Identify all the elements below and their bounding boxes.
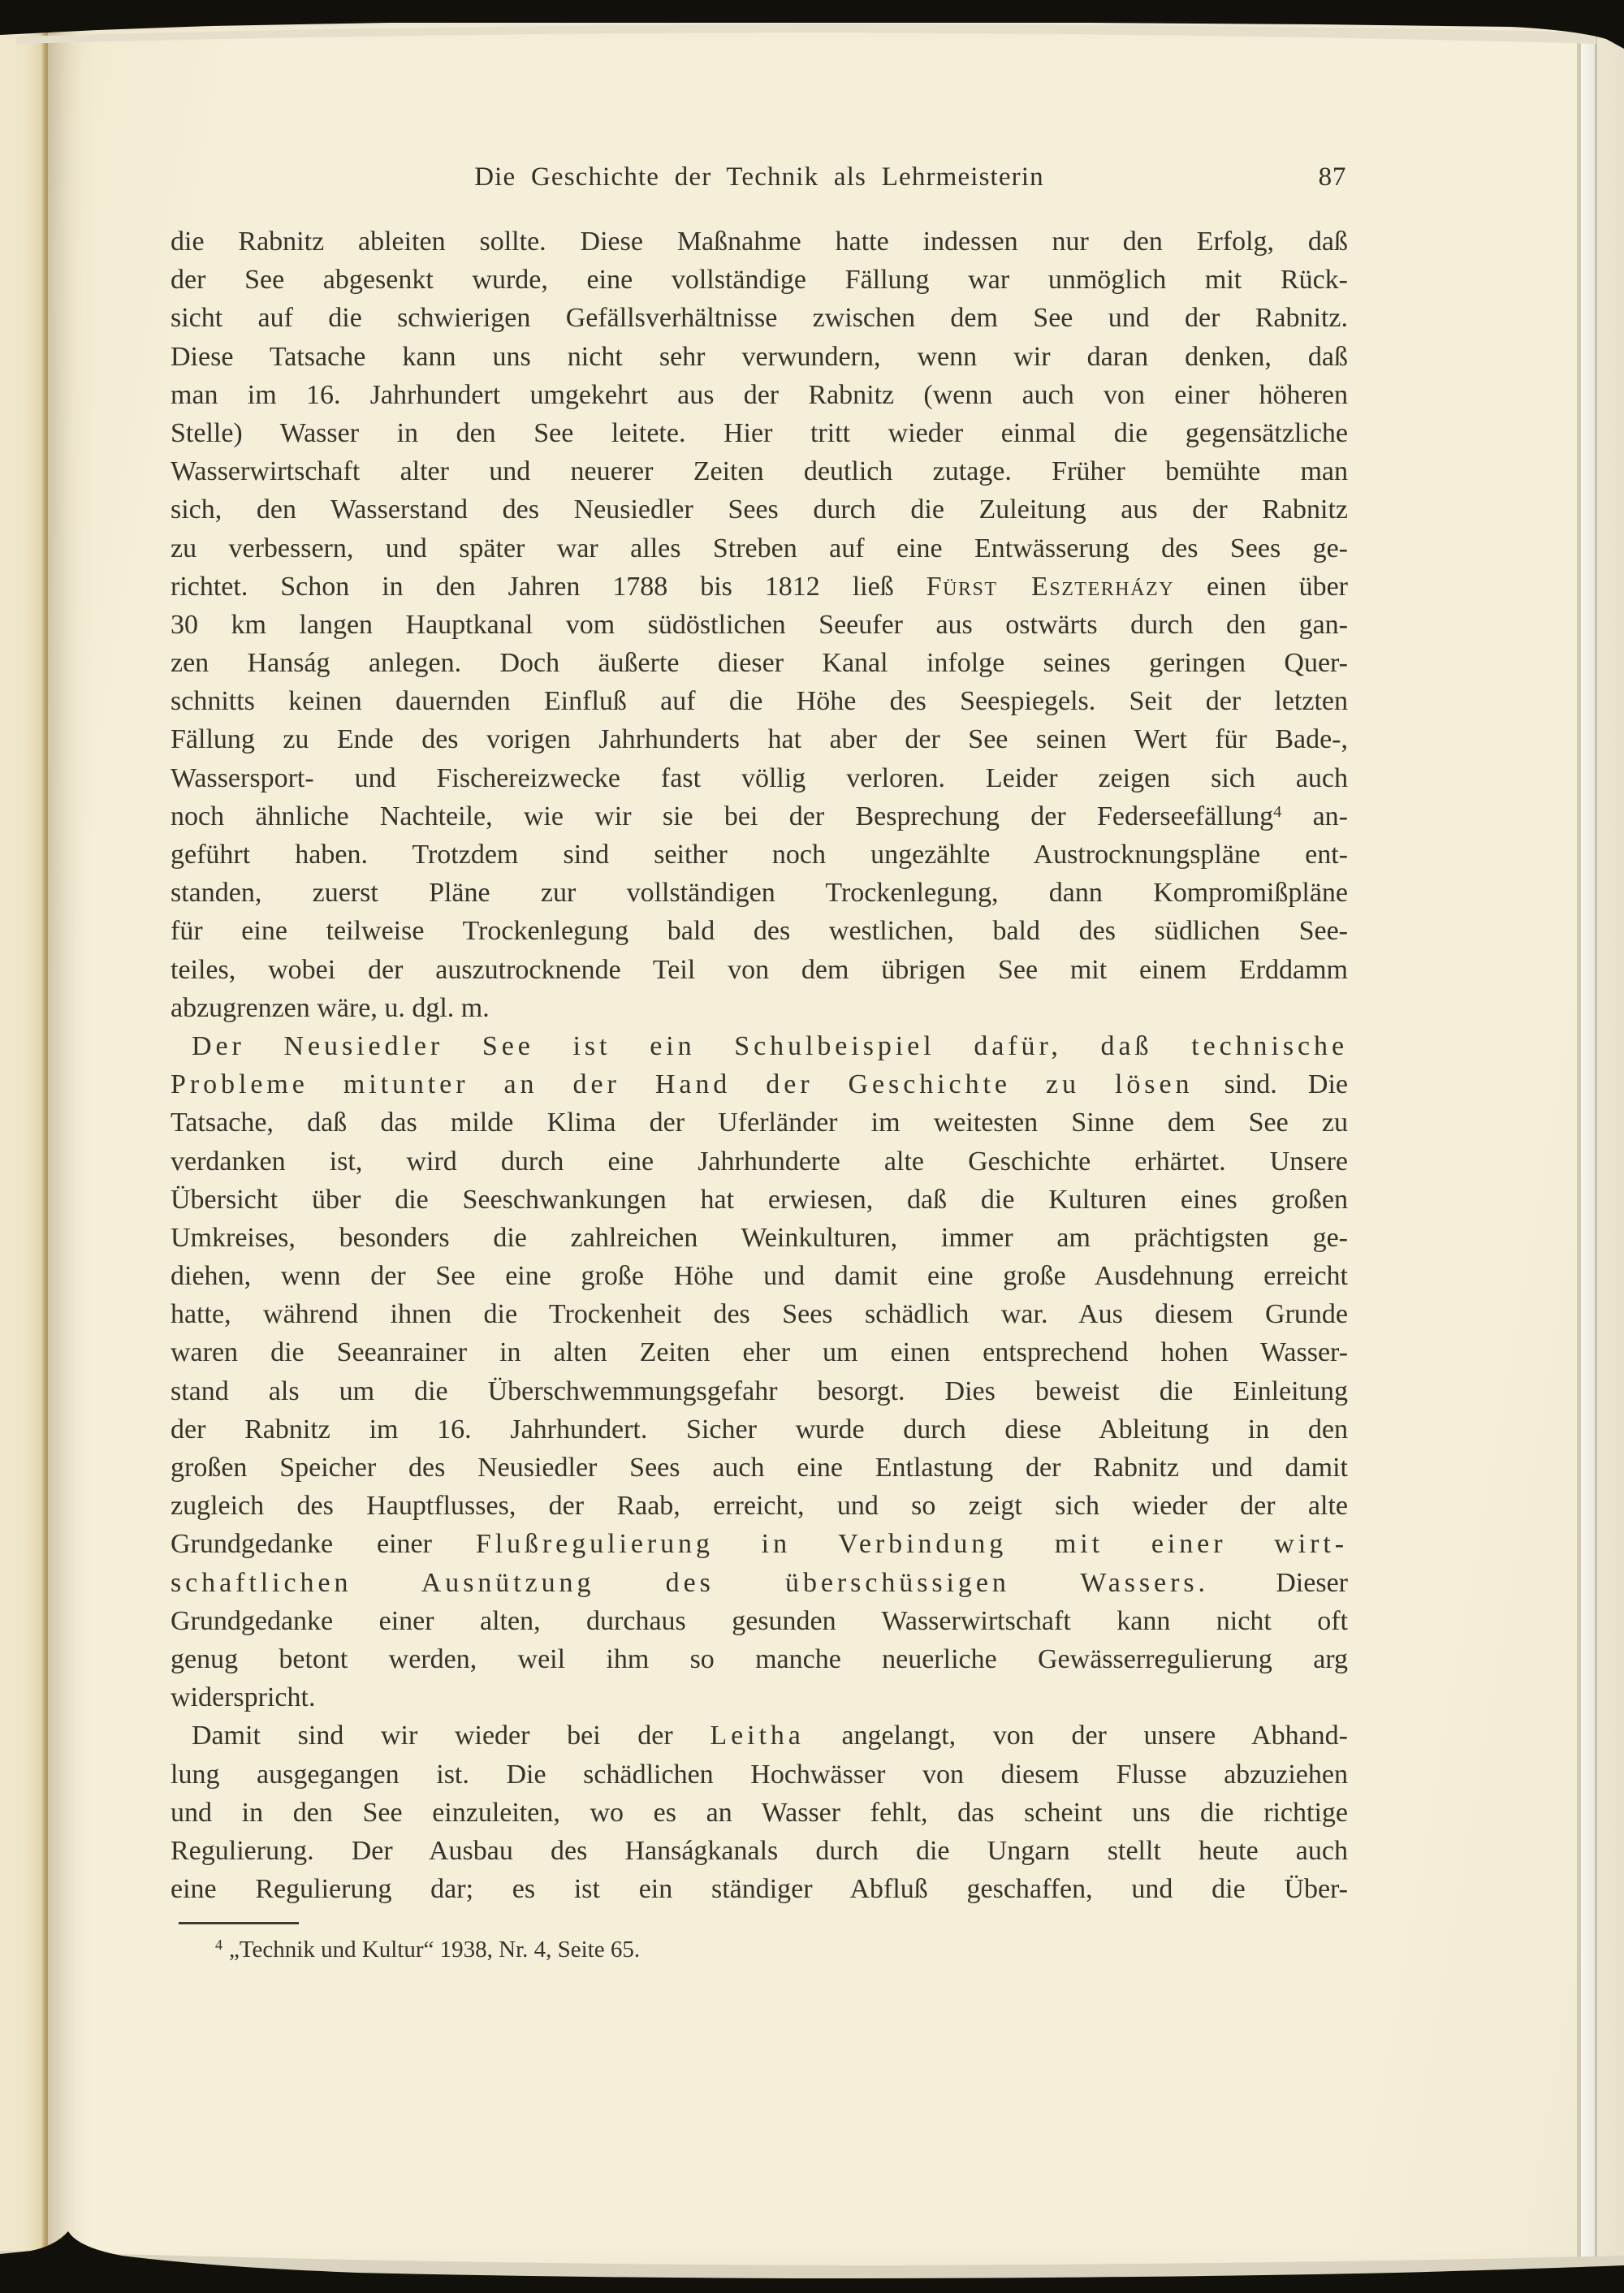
underlying-page-edge xyxy=(1597,32,1624,2264)
text-line: für eine teilweise Trockenlegung bald de… xyxy=(171,912,1348,950)
scanned-book-page: Die Geschichte der Technik als Lehrmeist… xyxy=(0,0,1624,2293)
text-segment: sich, den Wasserstand des Neusiedler See… xyxy=(171,494,1348,525)
text-segment: verdanken ist, wird durch eine Jahrhunde… xyxy=(171,1146,1348,1177)
text-segment: an- xyxy=(1281,801,1348,831)
text-segment: teiles, wobei der auszutrocknende Teil v… xyxy=(171,955,1348,985)
text-line: Der Neusiedler See ist ein Schulbeispiel… xyxy=(171,1027,1348,1065)
footnote: 4„Technik und Kultur“ 1938, Nr. 4, Seite… xyxy=(171,1932,1348,1967)
text-segment: schnitts keinen dauernden Einfluß auf di… xyxy=(171,686,1348,716)
text-line: zugleich des Hauptflusses, der Raab, err… xyxy=(171,1487,1348,1525)
text-line: schaftlichen Ausnützung des überschüssig… xyxy=(171,1564,1348,1602)
text-line: geführt haben. Trotzdem sind seither noc… xyxy=(171,836,1348,874)
text-segment: Umkreises, besonders die zahlreichen Wei… xyxy=(171,1223,1348,1253)
text-segment: Wasserwirtschaft alter und neuerer Zeite… xyxy=(171,456,1348,486)
text-segment: man im 16. Jahrhundert umgekehrt aus der… xyxy=(171,380,1348,410)
text-line: zu verbessern, und später war alles Stre… xyxy=(171,529,1348,568)
page-edge-highlight xyxy=(1581,29,1595,2264)
text-line: genug betont werden, weil ihm so manche … xyxy=(171,1640,1348,1678)
text-segment: der See abgesenkt wurde, eine vollständi… xyxy=(171,265,1348,295)
running-head: Die Geschichte der Technik als Lehrmeist… xyxy=(171,159,1348,195)
text-line: verdanken ist, wird durch eine Jahrhunde… xyxy=(171,1142,1348,1181)
text-line: abzugrenzen wäre, u. dgl. m. xyxy=(171,989,1348,1027)
text-line: zen Hanság anlegen. Doch äußerte dieser … xyxy=(171,644,1348,682)
text-line: Übersicht über die Seeschwankungen hat e… xyxy=(171,1181,1348,1219)
text-line: Grundgedanke einer Flußregulierung in Ve… xyxy=(171,1525,1348,1563)
text-segment: Damit sind wir wieder bei der xyxy=(192,1721,710,1751)
text-segment: Grundgedanke einer alten, durchaus gesun… xyxy=(171,1606,1348,1636)
text-segment: waren die Seeanrainer in alten Zeiten eh… xyxy=(171,1337,1348,1367)
text-segment: standen, zuerst Pläne zur vollständigen … xyxy=(171,878,1348,908)
text-segment: Übersicht über die Seeschwankungen hat e… xyxy=(171,1185,1348,1215)
text-segment: einen über xyxy=(1174,572,1348,602)
text-line: die Rabnitz ableiten sollte. Diese Maßna… xyxy=(171,222,1348,261)
text-line: teiles, wobei der auszutrocknende Teil v… xyxy=(171,951,1348,989)
text-line: diehen, wenn der See eine große Höhe und… xyxy=(171,1257,1348,1295)
text-segment: Stelle) Wasser in den See leitete. Hier … xyxy=(171,418,1348,448)
text-segment: Regulierung. Der Ausbau des Hanságkanals… xyxy=(171,1836,1348,1866)
text-segment: noch ähnliche Nachteile, wie wir sie bei… xyxy=(171,801,1273,831)
text-segment: Der Neusiedler See ist ein Schulbeispiel… xyxy=(192,1031,1348,1061)
text-line: Stelle) Wasser in den See leitete. Hier … xyxy=(171,414,1348,452)
body-text: die Rabnitz ableiten sollte. Diese Maßna… xyxy=(171,222,1348,1908)
text-segment: hatte, während ihnen die Trockenheit des… xyxy=(171,1299,1348,1329)
text-segment: Wassersport- und Fischereizwecke fast vö… xyxy=(171,763,1348,793)
text-segment: 30 km langen Hauptkanal vom südöstlichen… xyxy=(171,610,1348,640)
text-line: und in den See einzuleiten, wo es an Was… xyxy=(171,1794,1348,1832)
text-segment: Tatsache, daß das milde Klima der Uferlä… xyxy=(171,1108,1348,1138)
page-number: 87 xyxy=(1319,159,1346,195)
facing-page-edge xyxy=(0,24,46,2262)
text-line: Tatsache, daß das milde Klima der Uferlä… xyxy=(171,1103,1348,1142)
text-segment: abzugrenzen wäre, u. dgl. m. xyxy=(171,993,490,1023)
text-segment: Fällung zu Ende des vorigen Jahrhunderts… xyxy=(171,724,1348,754)
text-segment: widerspricht. xyxy=(171,1682,315,1712)
text-line: sich, den Wasserstand des Neusiedler See… xyxy=(171,490,1348,529)
text-segment: angelangt, von der unsere Abhand- xyxy=(805,1721,1348,1751)
text-segment: Probleme mitunter an der Hand der Geschi… xyxy=(171,1069,1193,1099)
text-line: waren die Seeanrainer in alten Zeiten eh… xyxy=(171,1333,1348,1371)
text-segment: Diese Tatsache kann uns nicht sehr verwu… xyxy=(171,342,1348,372)
text-line: noch ähnliche Nachteile, wie wir sie bei… xyxy=(171,797,1348,836)
text-segment: eine Regulierung dar; es ist ein ständig… xyxy=(171,1874,1348,1904)
text-segment: Leitha xyxy=(710,1721,804,1751)
text-line: hatte, während ihnen die Trockenheit des… xyxy=(171,1295,1348,1333)
text-segment: der Rabnitz im 16. Jahrhundert. Sicher w… xyxy=(171,1414,1348,1444)
text-line: Regulierung. Der Ausbau des Hanságkanals… xyxy=(171,1832,1348,1870)
text-segment: für eine teilweise Trockenlegung bald de… xyxy=(171,916,1348,946)
text-segment: die Rabnitz ableiten sollte. Diese Maßna… xyxy=(171,227,1348,257)
text-segment: schaftlichen Ausnützung des überschüssig… xyxy=(171,1568,1209,1598)
footnote-rule xyxy=(179,1922,299,1924)
text-segment: und in den See einzuleiten, wo es an Was… xyxy=(171,1798,1348,1828)
text-line: man im 16. Jahrhundert umgekehrt aus der… xyxy=(171,376,1348,414)
running-title: Die Geschichte der Technik als Lehrmeist… xyxy=(474,159,1044,195)
text-line: der Rabnitz im 16. Jahrhundert. Sicher w… xyxy=(171,1410,1348,1449)
text-segment: Fürst Eszterházy xyxy=(926,572,1174,602)
text-line: Wassersport- und Fischereizwecke fast vö… xyxy=(171,759,1348,797)
text-segment: stand als um die Überschwemmungsgefahr b… xyxy=(171,1376,1348,1406)
text-segment: sind. Die xyxy=(1193,1069,1348,1099)
text-line: widerspricht. xyxy=(171,1678,1348,1717)
text-segment: Flußregulierung in Verbindung mit einer … xyxy=(476,1529,1348,1559)
text-line: schnitts keinen dauernden Einfluß auf di… xyxy=(171,682,1348,720)
text-segment: genug betont werden, weil ihm so manche … xyxy=(171,1644,1348,1674)
text-segment: Dieser xyxy=(1209,1568,1348,1598)
text-line: stand als um die Überschwemmungsgefahr b… xyxy=(171,1372,1348,1410)
text-line: richtet. Schon in den Jahren 1788 bis 18… xyxy=(171,568,1348,606)
text-line: der See abgesenkt wurde, eine vollständi… xyxy=(171,261,1348,299)
text-segment: lung ausgegangen ist. Die schädlichen Ho… xyxy=(171,1760,1348,1790)
text-line: Grundgedanke einer alten, durchaus gesun… xyxy=(171,1602,1348,1640)
text-segment: großen Speicher des Neusiedler Sees auch… xyxy=(171,1453,1348,1483)
text-line: 30 km langen Hauptkanal vom südöstlichen… xyxy=(171,606,1348,644)
text-segment: sicht auf die schwierigen Gefällsverhält… xyxy=(171,303,1348,333)
text-segment: richtet. Schon in den Jahren 1788 bis 18… xyxy=(171,572,926,602)
text-line: Wasserwirtschaft alter und neuerer Zeite… xyxy=(171,452,1348,490)
text-segment: zugleich des Hauptflusses, der Raab, err… xyxy=(171,1491,1348,1521)
text-line: Damit sind wir wieder bei der Leitha ang… xyxy=(171,1717,1348,1755)
text-line: Diese Tatsache kann uns nicht sehr verwu… xyxy=(171,338,1348,376)
footnote-reference: 4 xyxy=(1273,803,1281,821)
text-line: sicht auf die schwierigen Gefällsverhält… xyxy=(171,299,1348,337)
text-line: Fällung zu Ende des vorigen Jahrhunderts… xyxy=(171,720,1348,758)
text-line: großen Speicher des Neusiedler Sees auch… xyxy=(171,1449,1348,1487)
text-segment: zu verbessern, und später war alles Stre… xyxy=(171,533,1348,564)
text-line: Umkreises, besonders die zahlreichen Wei… xyxy=(171,1219,1348,1257)
text-line: standen, zuerst Pläne zur vollständigen … xyxy=(171,874,1348,912)
text-line: lung ausgegangen ist. Die schädlichen Ho… xyxy=(171,1755,1348,1794)
text-line: Probleme mitunter an der Hand der Geschi… xyxy=(171,1065,1348,1103)
footnote-marker: 4 xyxy=(215,1937,222,1953)
text-segment: zen Hanság anlegen. Doch äußerte dieser … xyxy=(171,648,1348,678)
text-line: eine Regulierung dar; es ist ein ständig… xyxy=(171,1870,1348,1908)
text-segment: diehen, wenn der See eine große Höhe und… xyxy=(171,1261,1348,1291)
text-segment: geführt haben. Trotzdem sind seither noc… xyxy=(171,840,1348,870)
text-segment: Grundgedanke einer xyxy=(171,1529,476,1559)
footnote-text: „Technik und Kultur“ 1938, Nr. 4, Seite … xyxy=(229,1937,640,1963)
